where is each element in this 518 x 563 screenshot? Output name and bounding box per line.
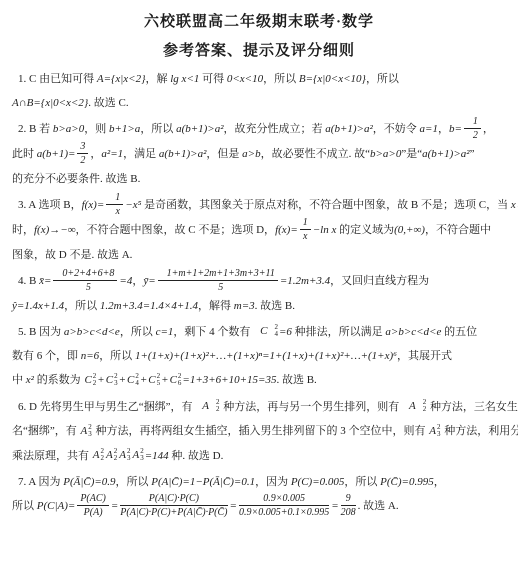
solution-line: 乘法原理，共有 A22A22A23A23=144 种. 故选 D. bbox=[12, 444, 506, 468]
math-run: (0,+∞) bbox=[394, 224, 425, 236]
subscript: 5 bbox=[157, 380, 161, 387]
math-run: −ln x bbox=[313, 224, 337, 236]
combinatorics-symbol: A22 bbox=[106, 443, 117, 467]
math-run: x̄= bbox=[39, 275, 51, 287]
text-run: ”是“ bbox=[401, 148, 422, 160]
text-run: 数有 6 个，即 bbox=[12, 350, 81, 362]
text-run: ，所以 bbox=[263, 73, 299, 85]
text-run: 可得 bbox=[199, 73, 227, 85]
math-run: m=3 bbox=[234, 300, 255, 312]
answer-key-subtitle: 参考答案、提示及评分细则 bbox=[12, 39, 506, 60]
text-run: . 故选 B. bbox=[255, 300, 295, 312]
symbol-scripts: 22 bbox=[100, 448, 104, 462]
fraction: P(AC)P(A) bbox=[77, 493, 109, 518]
combinatorics-symbol: A23 bbox=[429, 419, 440, 443]
symbol-scripts: 22 bbox=[210, 399, 220, 413]
fraction-denominator: 5 bbox=[158, 281, 278, 293]
text-run: . 故选 C. bbox=[88, 97, 128, 109]
solution-line: 4. B x̄=0+2+4+6+85=4，ȳ=1+m+1+2m+1+3m+3+1… bbox=[12, 269, 506, 294]
math-run: a>b>c<d<e bbox=[385, 326, 441, 338]
fraction-numerator: 0.9×0.005 bbox=[239, 493, 329, 506]
solution-line: 时，f(x)→−∞，不符合题中图象，故 C 不是；选项 D，f(x)=1x−ln… bbox=[12, 218, 506, 243]
text-run: 1. C 由已知可得 bbox=[18, 73, 97, 85]
solution-q3: 3. A 选项 B，f(x)=1x−x⁵ 是奇函数，其图象关于原点对称，不符合题… bbox=[12, 193, 506, 267]
math-run: f(x)= bbox=[275, 224, 298, 236]
text-run: ，不妨令 bbox=[373, 123, 420, 135]
subscript: 2 bbox=[93, 380, 97, 387]
text-run: 2. B 若 bbox=[18, 123, 53, 135]
fraction-denominator: 208 bbox=[341, 506, 356, 518]
text-run: 所以 bbox=[12, 500, 37, 512]
text-run: ，所以 bbox=[366, 73, 399, 85]
math-run: + bbox=[119, 374, 126, 386]
math-run: a=1 bbox=[420, 123, 438, 135]
math-run: P(Ā|C̄)=0.9 bbox=[63, 476, 115, 488]
math-run: ȳ= bbox=[143, 275, 155, 287]
combinatorics-symbol: C24 bbox=[254, 319, 278, 343]
text-run: 种方法，再将两组女生插空，插入男生排列留下的 3 个空位中，则有 bbox=[93, 425, 429, 437]
text-run: 7. A 因为 bbox=[18, 476, 63, 488]
text-run: ，所以 bbox=[64, 300, 100, 312]
text-run: 5. B 因为 bbox=[18, 326, 64, 338]
text-run: ，所以 bbox=[116, 476, 152, 488]
document-page: 六校联盟高二年级期末联考·数学 参考答案、提示及评分细则 1. C 由已知可得 … bbox=[12, 10, 506, 519]
text-run: ，剩下 4 个数有 bbox=[173, 326, 253, 338]
subscript: 4 bbox=[268, 331, 278, 338]
math-run: = bbox=[111, 500, 118, 512]
solution-q4: 4. B x̄=0+2+4+6+85=4，ȳ=1+m+1+2m+1+3m+3+1… bbox=[12, 269, 506, 318]
fraction: 32 bbox=[77, 141, 88, 166]
math-run: a>b bbox=[242, 148, 260, 160]
solution-line: 名“捆绑”，有 A23 种方法，再将两组女生插空，插入男生排列留下的 3 个空位… bbox=[12, 419, 506, 443]
fraction: P(A|C)·P(C)P(A|C)·P(C)+P(A|C̄)·P(C̄) bbox=[120, 493, 227, 518]
text-run: ， bbox=[90, 148, 101, 160]
solution-line: 图象，故 D 不是. 故选 A. bbox=[12, 243, 506, 267]
text-run: ，故必要性不成立. 故“ bbox=[261, 148, 370, 160]
symbol-base: C bbox=[106, 368, 113, 392]
subscript: 6 bbox=[178, 380, 182, 387]
subscript: 4 bbox=[135, 380, 139, 387]
symbol-base: C bbox=[148, 368, 155, 392]
math-run: P(C)=0.005 bbox=[291, 476, 345, 488]
subscript: 3 bbox=[437, 431, 441, 438]
solution-line: A∩B={x|0<x<2}. 故选 C. bbox=[12, 91, 506, 115]
math-run: a(b+1)>a² bbox=[325, 123, 372, 135]
exam-title: 六校联盟高二年级期末联考·数学 bbox=[12, 10, 506, 31]
text-run: ， bbox=[132, 275, 143, 287]
symbol-base: A bbox=[429, 419, 436, 443]
math-run: P(A|C̄)=1−P(Ā|C̄)=0.1 bbox=[151, 476, 255, 488]
math-run: =144 bbox=[145, 450, 169, 462]
fraction-denominator: P(A) bbox=[77, 506, 109, 518]
symbol-scripts: 23 bbox=[114, 373, 118, 387]
combinatorics-symbol: A22 bbox=[403, 394, 426, 418]
math-run: b>a>0 bbox=[370, 148, 401, 160]
combinatorics-symbol: A23 bbox=[81, 419, 92, 443]
text-run: 6. D 先将男生甲与男生乙“捆绑”，有 bbox=[18, 401, 195, 413]
fraction-numerator: 3 bbox=[77, 141, 88, 154]
symbol-base: A bbox=[403, 394, 416, 418]
subscript: 2 bbox=[210, 406, 220, 413]
math-run: x² bbox=[26, 374, 34, 386]
math-run: = bbox=[230, 500, 237, 512]
text-run: ，不符合题中图象，故 C 不是；选项 D， bbox=[76, 224, 276, 236]
subscript: 3 bbox=[127, 455, 131, 462]
math-run: a(b+1)= bbox=[37, 148, 76, 160]
fraction-denominator: 2 bbox=[77, 154, 88, 166]
text-run: 种方法，三名女生任选两 bbox=[427, 401, 518, 413]
fraction-numerator: P(A|C)·P(C) bbox=[120, 493, 227, 506]
subscript: 3 bbox=[88, 431, 92, 438]
fraction-numerator: 1 bbox=[464, 116, 481, 129]
symbol-base: C bbox=[84, 368, 91, 392]
text-run: 的充分不必要条件. 故选 B. bbox=[12, 173, 140, 185]
fraction: 1x bbox=[300, 217, 311, 242]
math-run: A={x|x<2} bbox=[97, 73, 146, 85]
solution-q1: 1. C 由已知可得 A={x|x<2}，解 lg x<1 可得 0<x<10，… bbox=[12, 67, 506, 115]
solution-line: 6. D 先将男生甲与男生乙“捆绑”，有 A22 种方法，再与另一个男生排列，则… bbox=[12, 395, 506, 419]
text-run: ，解 bbox=[146, 73, 171, 85]
fraction-denominator: x bbox=[106, 205, 123, 217]
math-run: + bbox=[97, 374, 104, 386]
math-run: 0<x<10 bbox=[227, 73, 263, 85]
combinatorics-symbol: A22 bbox=[196, 394, 219, 418]
combinatorics-symbol: A22 bbox=[93, 443, 104, 467]
combinatorics-symbol: C25 bbox=[148, 368, 160, 392]
text-run: . 故选 A. bbox=[358, 500, 399, 512]
text-run: 的定义域为 bbox=[336, 224, 394, 236]
solution-line: ŷ=1.4x+1.4，所以 1.2m+3.4=1.4×4+1.4，解得 m=3.… bbox=[12, 294, 506, 318]
symbol-scripts: 23 bbox=[140, 448, 144, 462]
subscript: 2 bbox=[417, 406, 427, 413]
text-run: 的五位 bbox=[441, 326, 477, 338]
solution-line: 此时 a(b+1)=32，a²=1，满足 a(b+1)>a²，但是 a>b，故必… bbox=[12, 142, 506, 167]
solution-line: 7. A 因为 P(Ā|C̄)=0.9，所以 P(A|C̄)=1−P(Ā|C̄)… bbox=[12, 470, 506, 494]
math-run: a(b+1)>a² bbox=[176, 123, 223, 135]
fraction: 12 bbox=[464, 116, 481, 141]
solution-q6: 6. D 先将男生甲与男生乙“捆绑”，有 A22 种方法，再与另一个男生排列，则… bbox=[12, 395, 506, 468]
fraction-numerator: 9 bbox=[341, 493, 356, 506]
solution-line: 中 x² 的系数为 C22+C23+C24+C25+C26=1+3+6+10+1… bbox=[12, 368, 506, 392]
symbol-base: C bbox=[127, 368, 134, 392]
symbol-scripts: 24 bbox=[268, 324, 278, 338]
text-run: 此时 bbox=[12, 148, 37, 160]
text-run: ， bbox=[434, 476, 445, 488]
text-run: 名“捆绑”，有 bbox=[12, 425, 80, 437]
text-run: ，所以 bbox=[120, 326, 156, 338]
math-run: ŷ=1.4x+1.4 bbox=[12, 300, 64, 312]
text-run: 时， bbox=[12, 224, 34, 236]
solution-line: 的充分不必要条件. 故选 B. bbox=[12, 167, 506, 191]
text-run: ，满足 bbox=[123, 148, 159, 160]
math-run: = bbox=[331, 500, 338, 512]
text-run: 种. 故选 D. bbox=[169, 450, 224, 462]
math-run: =1+3+6+10+15=35 bbox=[182, 374, 276, 386]
math-run: lg x<1 bbox=[170, 73, 199, 85]
symbol-base: A bbox=[119, 443, 126, 467]
text-run: ，所以 bbox=[99, 350, 135, 362]
math-run: P(C̄)=0.995 bbox=[380, 476, 434, 488]
text-run: 的系数为 bbox=[34, 374, 84, 386]
solution-line: 2. B 若 b>a>0，则 b+1>a，所以 a(b+1)>a²，故充分性成立… bbox=[12, 117, 506, 142]
solution-line: 3. A 选项 B，f(x)=1x−x⁵ 是奇函数，其图象关于原点对称，不符合题… bbox=[12, 193, 506, 218]
text-run: 乘法原理，共有 bbox=[12, 450, 92, 462]
math-run: a>b>c<d<e bbox=[64, 326, 120, 338]
fraction-denominator: 0.9×0.005+0.1×0.995 bbox=[239, 506, 329, 518]
combinatorics-symbol: A23 bbox=[119, 443, 130, 467]
math-run: P(C|A)= bbox=[37, 500, 76, 512]
fraction-numerator: 1 bbox=[106, 192, 123, 205]
math-run: =6 bbox=[279, 326, 292, 338]
math-run: x→−∞ bbox=[511, 199, 518, 211]
fraction-denominator: x bbox=[300, 230, 311, 242]
math-run: c=1 bbox=[156, 326, 174, 338]
math-run: A∩B={x|0<x<2} bbox=[12, 97, 88, 109]
symbol-base: A bbox=[93, 443, 100, 467]
fraction-denominator: 2 bbox=[464, 129, 481, 141]
symbol-base: A bbox=[106, 443, 113, 467]
text-run: ，解得 bbox=[198, 300, 234, 312]
symbol-scripts: 22 bbox=[93, 373, 97, 387]
solution-line: 所以 P(C|A)=P(AC)P(A)=P(A|C)·P(C)P(A|C)·P(… bbox=[12, 494, 506, 519]
solution-line: 数有 6 个，即 n=6，所以 1+(1+x)+(1+x)²+…+(1+x)ⁿ=… bbox=[12, 344, 506, 368]
solution-q5: 5. B 因为 a>b>c<d<e，所以 c=1，剩下 4 个数有 C24=6 … bbox=[12, 320, 506, 393]
text-run: 种方法，再与另一个男生排列，则有 bbox=[220, 401, 402, 413]
math-run: a(b+1)>a² bbox=[159, 148, 206, 160]
text-run: ， bbox=[483, 123, 494, 135]
fraction-denominator: P(A|C)·P(C)+P(A|C̄)·P(C̄) bbox=[120, 506, 227, 518]
solution-q7: 7. A 因为 P(Ā|C̄)=0.9，所以 P(A|C̄)=1−P(Ā|C̄)… bbox=[12, 470, 506, 519]
math-run: =4 bbox=[119, 275, 132, 287]
symbol-base: A bbox=[81, 419, 88, 443]
solution-line: 1. C 由已知可得 A={x|x<2}，解 lg x<1 可得 0<x<10，… bbox=[12, 67, 506, 91]
math-run: b>a>0 bbox=[53, 123, 84, 135]
math-run: −x⁵ bbox=[125, 199, 141, 211]
math-run: + bbox=[161, 374, 168, 386]
symbol-scripts: 22 bbox=[114, 448, 118, 462]
text-run: 种排法，所以满足 bbox=[292, 326, 386, 338]
math-run: =1.2m+3.4 bbox=[280, 275, 330, 287]
text-run: 3. A 选项 B， bbox=[18, 199, 82, 211]
symbol-scripts: 26 bbox=[178, 373, 182, 387]
text-run: ，所以 bbox=[140, 123, 176, 135]
symbol-base: C bbox=[254, 319, 267, 343]
math-run: f(x)= bbox=[82, 199, 105, 211]
math-run: f(x)→−∞ bbox=[34, 224, 76, 236]
combinatorics-symbol: C22 bbox=[84, 368, 96, 392]
fraction: 1x bbox=[106, 192, 123, 217]
fraction: 0.9×0.0050.9×0.005+0.1×0.995 bbox=[239, 493, 329, 518]
math-run: B={x|0<x<10} bbox=[299, 73, 366, 85]
fraction-numerator: 0+2+4+6+8 bbox=[53, 268, 117, 281]
text-run: 是奇函数，其图象关于原点对称，不符合题中图象，故 B 不是；选项 C，当 bbox=[141, 199, 510, 211]
math-run: + bbox=[140, 374, 147, 386]
text-run: ，故充分性成立；若 bbox=[224, 123, 326, 135]
fraction: 9208 bbox=[341, 493, 356, 518]
solution-line: 5. B 因为 a>b>c<d<e，所以 c=1，剩下 4 个数有 C24=6 … bbox=[12, 320, 506, 344]
symbol-base: A bbox=[196, 394, 209, 418]
text-run: . 故选 B. bbox=[276, 374, 316, 386]
text-run: ，其展开式 bbox=[397, 350, 452, 362]
text-run: ，因为 bbox=[255, 476, 291, 488]
fraction-numerator: 1+m+1+2m+1+3m+3+11 bbox=[158, 268, 278, 281]
combinatorics-symbol: C23 bbox=[106, 368, 118, 392]
math-run: 1+(1+x)+(1+x)²+…+(1+x)ⁿ=1+(1+x)+(1+x)²+…… bbox=[135, 350, 397, 362]
symbol-scripts: 23 bbox=[437, 424, 441, 438]
fraction-denominator: 5 bbox=[53, 281, 117, 293]
subscript: 2 bbox=[100, 455, 104, 462]
text-run: ” bbox=[470, 148, 475, 160]
text-run: 4. B bbox=[18, 275, 39, 287]
text-run: ，不符合题中 bbox=[425, 224, 491, 236]
math-run: n=6 bbox=[81, 350, 99, 362]
symbol-scripts: 23 bbox=[88, 424, 92, 438]
subscript: 3 bbox=[114, 380, 118, 387]
text-run: ，所以 bbox=[344, 476, 380, 488]
math-run: a²=1 bbox=[101, 148, 123, 160]
text-run: ，但是 bbox=[206, 148, 242, 160]
fraction: 0+2+4+6+85 bbox=[53, 268, 117, 293]
math-run: b+1>a bbox=[109, 123, 140, 135]
text-run: ，又回归直线方程为 bbox=[330, 275, 429, 287]
text-run: ，则 bbox=[84, 123, 109, 135]
symbol-scripts: 24 bbox=[135, 373, 139, 387]
combinatorics-symbol: C26 bbox=[170, 368, 182, 392]
fraction-numerator: P(AC) bbox=[77, 493, 109, 506]
symbol-scripts: 22 bbox=[417, 399, 427, 413]
math-run: b= bbox=[449, 123, 462, 135]
combinatorics-symbol: C24 bbox=[127, 368, 139, 392]
fraction: 1+m+1+2m+1+3m+3+115 bbox=[158, 268, 278, 293]
subscript: 2 bbox=[114, 455, 118, 462]
symbol-scripts: 23 bbox=[127, 448, 131, 462]
text-run: 种方法，利用分步 bbox=[441, 425, 518, 437]
solutions: 1. C 由已知可得 A={x|x<2}，解 lg x<1 可得 0<x<10，… bbox=[12, 67, 506, 519]
text-run: ， bbox=[438, 123, 449, 135]
symbol-base: C bbox=[170, 368, 177, 392]
symbol-scripts: 25 bbox=[157, 373, 161, 387]
text-run: 图象，故 D 不是. 故选 A. bbox=[12, 249, 132, 261]
math-run: a(b+1)>a² bbox=[422, 148, 469, 160]
symbol-base: A bbox=[132, 443, 139, 467]
subscript: 3 bbox=[140, 455, 144, 462]
combinatorics-symbol: A23 bbox=[132, 443, 143, 467]
fraction-numerator: 1 bbox=[300, 217, 311, 230]
text-run: 中 bbox=[12, 374, 26, 386]
math-run: 1.2m+3.4=1.4×4+1.4 bbox=[100, 300, 198, 312]
solution-q2: 2. B 若 b>a>0，则 b+1>a，所以 a(b+1)>a²，故充分性成立… bbox=[12, 117, 506, 191]
